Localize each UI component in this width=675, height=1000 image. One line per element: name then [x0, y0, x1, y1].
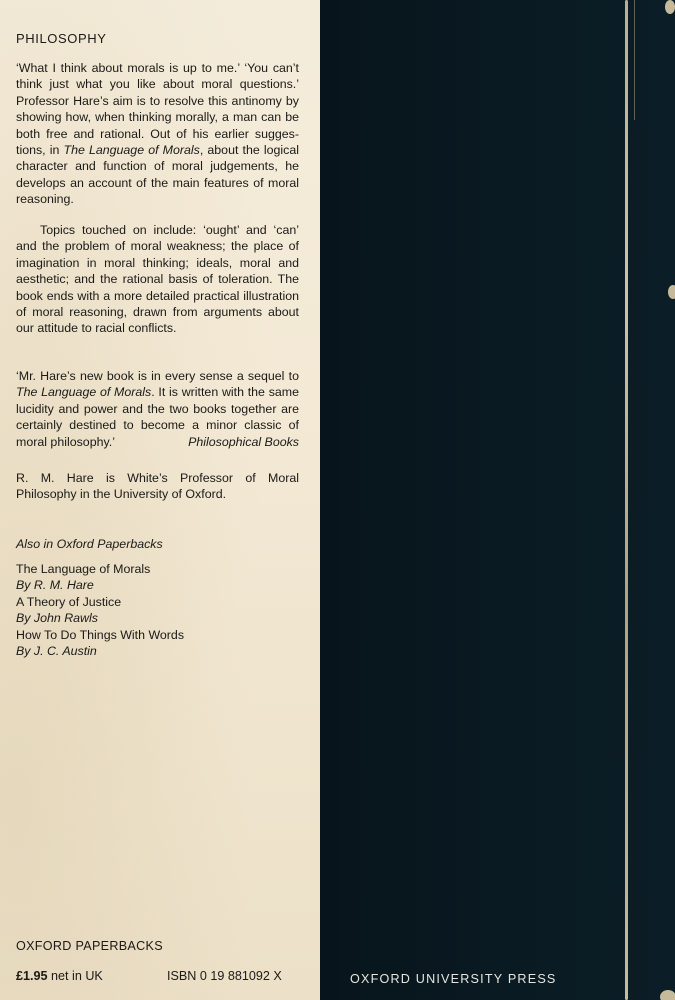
list-item-author: By John Rawls — [16, 610, 184, 626]
author-bio: R. M. Hare is White’s Professor of Moral… — [16, 470, 299, 503]
also-in-list: The Language of Morals By R. M. Hare A T… — [16, 561, 184, 659]
list-item-title: The Language of Morals — [16, 561, 184, 577]
review-quote: ‘Mr. Hare’s new book is in every sense a… — [16, 368, 299, 450]
list-item-title: A Theory of Justice — [16, 594, 184, 610]
text-panel: PHILOSOPHY ‘What I think about morals is… — [0, 0, 320, 1000]
book-title-reference: The Language of Morals — [64, 143, 200, 157]
list-item-author: By J. C. Austin — [16, 643, 184, 659]
review-source: Philosophical Books — [188, 434, 299, 450]
imprint-label: OXFORD PAPERBACKS — [16, 939, 163, 953]
wear-mark-decoration — [665, 0, 675, 14]
spine-crease-decoration — [625, 0, 628, 1000]
wear-mark-decoration — [660, 990, 675, 1000]
price-amount: £1.95 — [16, 969, 48, 983]
price-label: £1.95 net in UK — [16, 969, 103, 983]
publisher-label: OXFORD UNIVERSITY PRESS — [350, 972, 557, 986]
spine-crease-decoration — [634, 0, 635, 120]
description-paragraph-2: Topics touched on include: ‘ought’ and ‘… — [16, 222, 299, 337]
category-label: PHILOSOPHY — [16, 31, 107, 46]
book-back-cover: PHILOSOPHY ‘What I think about morals is… — [0, 0, 675, 1000]
description-paragraph-1: ‘What I think about morals is up to me.’… — [16, 60, 299, 208]
also-in-heading: Also in Oxford Paperbacks — [16, 537, 163, 551]
isbn-label: ISBN 0 19 881092 X — [167, 969, 282, 983]
dark-panel — [320, 0, 675, 1000]
wear-mark-decoration — [668, 285, 675, 299]
list-item-author: By R. M. Hare — [16, 577, 184, 593]
book-title-reference: The Language of Morals — [16, 385, 151, 399]
list-item-title: How To Do Things With Words — [16, 627, 184, 643]
